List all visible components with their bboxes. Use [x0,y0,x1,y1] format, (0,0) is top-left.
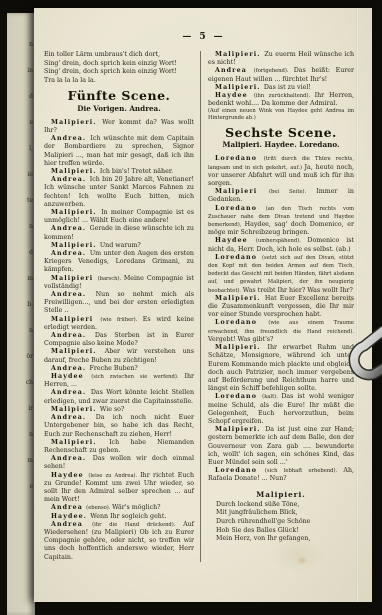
stage-direction-inline: (ihn zurückhaltend). [254,93,315,99]
speaker-name: Loredano [215,205,266,212]
dialogue-paragraph: Haydee (sich zwischen sie werfend). Ihr … [44,373,194,389]
speaker-name: Andrea [51,504,86,511]
dialogue-text: Ich bin's! Tretet näher. [100,168,173,175]
speaker-name: Malipieri. [215,84,264,91]
cutoff-text-fragment: ir [11,405,33,431]
dialogue-paragraph: Malipieri. Wer kommt da? Was wollt Ihr? [44,119,194,135]
speaker-name: Andrea. [51,176,90,183]
cutoff-text-fragment: e [11,119,33,145]
cutoff-text-fragment: ie [11,171,33,197]
verse-speaker-heading: Malipieri. [208,491,354,499]
verse-line: Durch lockend süße Töne, [216,501,354,510]
speaker-name: Andrea. [51,455,93,462]
dialogue-text: Was treibt Ihr hier? Was wollt Ihr? [243,287,353,294]
scene-cast-fifth: Die Vorigen. Andrea. [44,105,194,113]
speaker-name: Malipieri. [51,242,100,249]
speaker-name: Loredano [215,254,262,261]
speaker-name: Andrea [51,521,92,528]
dialogue-paragraph: Andrea. Das Sterben ist in Eurer Compagn… [44,332,194,348]
song-verse-block: Ein toller Lärm umbraus't dich dort,Sing… [44,51,194,85]
speaker-name: Andrea. [51,365,89,372]
dialogue-text: Wie so? [100,406,125,413]
dialogue-text: Und warum? [100,242,141,249]
metal-page-clip-icon [342,326,382,390]
dialogue-paragraph: Malipieri. Zu euerm Heil wünsche ich es … [208,51,354,67]
right-column: Malipieri. Zu euerm Heil wünsche ich es … [200,51,354,562]
dialogue-paragraph: Andrea. Nun so nehmt mich als Freiwillig… [44,291,194,316]
cutoff-text-fragment: n [11,223,33,249]
cutoff-text-fragment: ör [11,353,33,379]
dialogue-paragraph: Malipieri. Und warum? [44,242,194,250]
dialogue-block-left: Malipieri. Wer kommt da? Was wollt Ihr?A… [44,119,194,562]
dialogue-block-right: Loredano (tritt durch die Thüre rechts, … [208,155,354,483]
dialogue-paragraph: Malipieri. Ich bin's! Tretet näher. [44,168,194,176]
cutoff-text-fragment: l, [11,145,33,171]
dialogue-paragraph: Andrea. Freche Buben? [44,365,194,373]
stage-direction-inline: (wie früher). [100,317,142,323]
stage-direction-inline: (umherspähend). [256,238,308,244]
speaker-name: Loredano [215,467,265,474]
dialogue-paragraph: Haydee (leise zu Andrea). Ihr richtet Eu… [44,472,194,505]
verse-line: Hob Sie des Balles Glück! [216,527,354,536]
dialogue-text: Ihr erwarbet Ruhm und Schätze, Monsignor… [208,344,354,392]
dialogue-paragraph: Andrea. Um unter den Augen des ersten Kr… [44,250,194,275]
text-columns: Ein toller Lärm umbraus't dich dort,Sing… [34,51,372,562]
dialogue-paragraph: Andrea. Ich bin 20 Jahre alt, Venetianer… [44,176,194,209]
verse-line: Tra la la la la la. [44,77,194,86]
verse-line: Sing' drein, doch sprich kein einzig Wor… [44,60,194,69]
speaker-name: Haydee [215,237,256,244]
stage-direction-inline: (sich zwischen sie werfend). [91,374,184,380]
speaker-name: Malipieri. [51,209,101,216]
speaker-name: Malipieri. [51,119,102,126]
cutoff-text-fragment: b. [11,301,33,327]
speaker-name: Andrea. [51,135,90,142]
dialogue-paragraph: Malipieri. Aber wir verstehen uns darauf… [44,348,194,364]
speaker-name: Loredano [215,155,264,162]
cutoff-text-fragment: m [11,275,33,301]
speaker-name: Malipieri. [51,168,100,175]
stage-direction-inline: (ebenso). [86,505,112,511]
speaker-name: Malipieri. [51,348,105,355]
stage-direction-inline: (bei Seite). [269,189,316,195]
dialogue-text: (Auf einen neuen Wink von Haydee geht An… [208,108,354,121]
page-number-dash-left: — [182,32,192,42]
dialogue-paragraph: Malipieri (barsch). Meine Compagnie ist … [44,275,194,291]
dialogue-paragraph: Andrea (ebenso). Wär's möglich? [44,504,194,512]
stage-direction: (Auf einen neuen Wink von Haydee geht An… [208,108,354,122]
aria-verse-block: Durch lockend süße Töne,Mit jungfräulich… [208,501,354,544]
stage-direction-inline: (barsch). [98,276,124,282]
dialogue-paragraph: Andrea. Das Wort könnte leicht Stellen e… [44,389,194,405]
cutoff-text-fragment: e [11,483,33,509]
speaker-name: Andrea. [51,414,96,421]
speaker-name: Loredano [215,393,262,400]
dialogue-paragraph: Loredano (tritt durch die Thüre rechts, … [208,155,354,188]
dialogue-paragraph: Loredano (kalt). Das ist wohl weniger me… [208,393,354,426]
dialogue-paragraph: Malipieri (bei Seite). Immer in Gedanken… [208,188,354,204]
dialogue-paragraph: Andrea. Da ich noch nicht Euer Untergebe… [44,414,194,439]
dialogue-paragraph: Malipieri. Ich habe Niemanden Rechenscha… [44,439,194,455]
dialogue-paragraph: Andrea. Ich wünschte mit dem Capitain de… [44,135,194,168]
speaker-name: Malipieri [51,275,98,282]
dialogue-paragraph: Malipieri. In meiner Compagnie ist es un… [44,209,194,225]
speaker-name: Andrea. [51,332,95,339]
speaker-name: Haydee [215,92,254,99]
left-column: Ein toller Lärm umbraus't dich dort,Sing… [44,51,200,562]
page-header: —5— [34,8,372,42]
dialogue-paragraph: Malipieri. Hat Euer Excellenz bereits di… [208,295,354,320]
verse-line: Ein toller Lärm umbraus't dich dort, [44,51,194,60]
cutoff-text-fragment: m [11,457,33,483]
dialogue-paragraph: Loredano (wie aus einem Traume erwachend… [208,319,354,344]
speaker-name: Andrea. [51,225,90,232]
cutoff-text-fragments: nindel,ietendmb.nörchirnme [11,41,33,509]
stage-direction-inline: (fortgehend). [254,68,294,74]
scene-cast-sixth: Malipieri. Haydee. Loredano. [208,141,354,149]
dialogue-paragraph: Malipieri. Wie so? [44,406,194,414]
cutoff-text-fragment: d [11,93,33,119]
speaker-name: Andrea. [51,389,91,396]
speaker-name: Malipieri. [215,344,267,351]
dialogue-block-right-top: Malipieri. Zu euerm Heil wünsche ich es … [208,51,354,122]
scene-heading-sixth: Sechste Scene. [208,129,354,137]
speaker-name: Malipieri [215,188,269,195]
cutoff-text-fragment: ch [11,379,33,405]
cutoff-text-fragment: n [11,327,33,353]
dialogue-text: Vergebt! Was gibt's? [208,336,273,343]
speaker-name: Malipieri. [215,295,265,302]
cutoff-text-fragment: te [11,197,33,223]
verse-line: Durch rührendhell'ge Schöne [216,518,354,527]
scene-heading-fifth: Fünfte Scene. [44,92,194,100]
dialogue-text: Wär's möglich? [112,504,160,511]
dialogue-paragraph: Andrea. Gerade in diese wünschte ich zu … [44,225,194,241]
verse-line: Mit jungfräulichem Blick, [216,509,354,518]
cutoff-text-fragment: in [11,67,33,93]
stage-direction-inline: (sich lebhaft erhebend). [265,468,343,474]
stage-direction-inline: (ihr die Hand drückend). [92,522,183,528]
dialogue-paragraph: Andrea (ihr die Hand drückend). Auf Wied… [44,521,194,562]
dialogue-paragraph: Loredano (an den Tisch rechts vom Zuscha… [208,205,354,238]
dialogue-paragraph: Malipieri. Da ist just eine zur Hand; ge… [208,426,354,467]
speaker-name: Haydee. [51,513,90,520]
verse-line: Sing' drein, doch sprich kein einzig Wor… [44,68,194,77]
page-crease [356,8,359,602]
verse-line: Mein Herz, von Ihr gefangen, [216,535,354,544]
page-number: 5 [199,32,206,42]
dialogue-text: Wenn Ihr sogleich geht. [90,513,166,520]
dialogue-paragraph: Malipieri. Das ist zu viel! [208,84,354,92]
speaker-name: Andrea. [51,291,96,298]
speaker-name: Andrea. [51,250,90,257]
speaker-name: Haydee [51,373,91,380]
dialogue-text: Das ist zu viel! [264,84,311,91]
cutoff-text-fragment: n [11,41,33,67]
speaker-name: Malipieri. [51,406,100,413]
page-number-dash-right: — [214,32,224,42]
cutoff-text-fragment: d [11,249,33,275]
previous-page-edge: nindel,ietendmb.nörchirnme [7,13,35,615]
dialogue-paragraph: Andrea. Das wollen wir doch einmal sehen… [44,455,194,471]
dialogue-paragraph: Haydee (ihn zurückhaltend). Ihr Herren, … [208,92,354,108]
dialogue-paragraph: Malipieri (wie früher). Es wird keine er… [44,316,194,332]
dialogue-paragraph: Haydee. Wenn Ihr sogleich geht. [44,513,194,521]
speaker-name: Malipieri. [51,439,109,446]
stage-direction-inline: (leise zu Andrea). [88,473,140,479]
dialogue-paragraph: Andrea (fortgehend). Das heißt: Eurer ei… [208,67,354,83]
speaker-name: Andrea [215,67,254,74]
book-page: —5— Ein toller Lärm umbraus't dich dort,… [34,8,372,602]
scanned-book-photo: nindel,ietendmb.nörchirnme —5— Ein tolle… [0,0,382,615]
speaker-name: Haydee [51,472,88,479]
cutoff-text-fragment: n [11,431,33,457]
dialogue-paragraph: Malipieri. Ihr erwarbet Ruhm und Schätze… [208,344,354,393]
speaker-name: Malipieri. [215,51,264,58]
dialogue-paragraph: Haydee (umherspähend). Domenico ist nich… [208,237,354,253]
stage-direction-inline: (kalt). [262,394,281,400]
dialogue-text: Freche Buben? [89,365,137,372]
dialogue-paragraph: Loredano (sich lebhaft erhebend). Ah, Ra… [208,467,354,483]
speaker-name: Malipieri [51,316,100,323]
speaker-name: Loredano [215,319,268,326]
dialogue-paragraph: Loredano (setzt sich auf den Divan, stüt… [208,254,354,295]
speaker-name: Malipieri. [215,426,265,433]
